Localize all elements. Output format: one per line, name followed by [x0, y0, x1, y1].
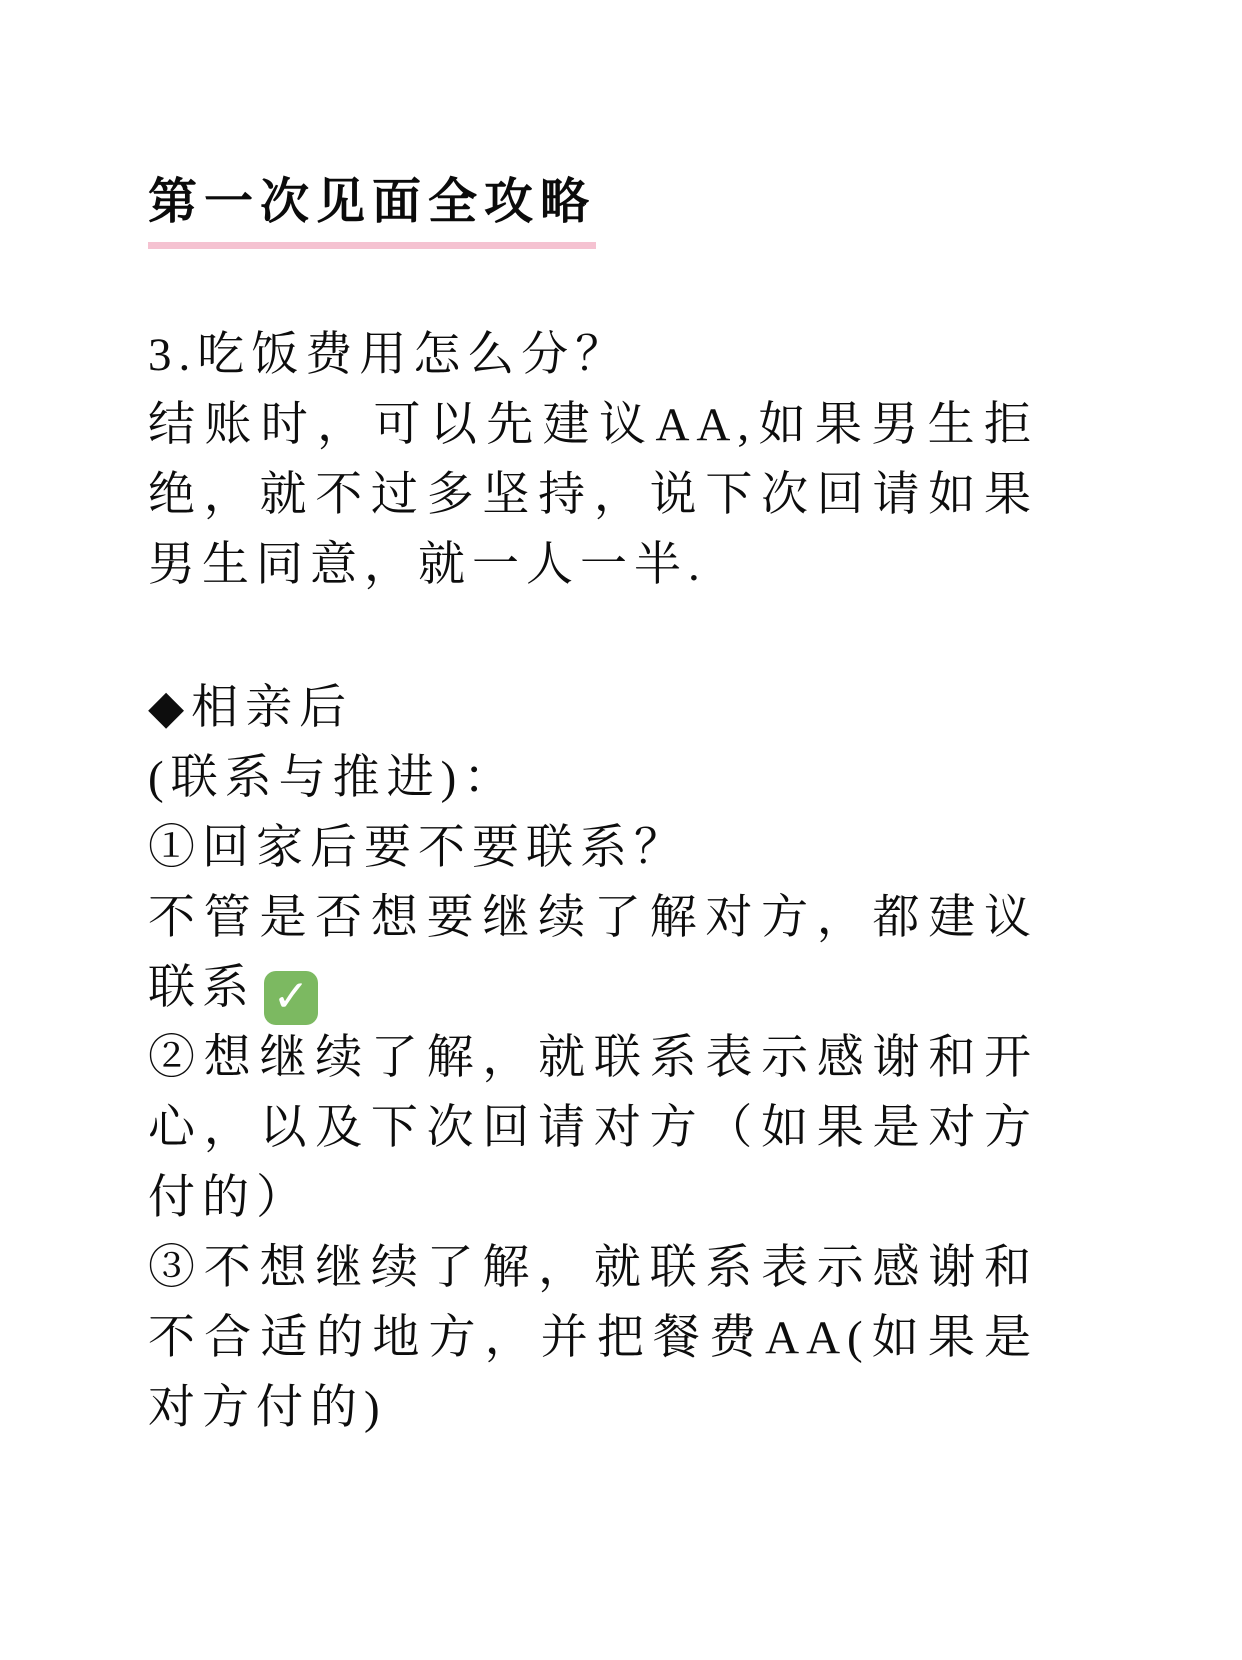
q3-line-3: 对方付的) — [148, 1373, 1038, 1443]
after-section-heading: 相亲后 — [191, 682, 353, 734]
q1-heading: ①回家后要不要联系？ — [148, 813, 1038, 883]
billing-question-heading: 3.吃饭费用怎么分？ — [148, 320, 1038, 390]
after-section-subheading: (联系与推进)： — [148, 743, 1038, 813]
billing-line-3: 男生同意，就一人一半. — [148, 530, 1038, 600]
diamond-bullet-icon: ◆ — [148, 682, 191, 734]
content-column: 第一次见面全攻略 3.吃饭费用怎么分？ 结账时，可以先建议AA,如果男生拒 绝，… — [148, 130, 1038, 1443]
page: 第一次见面全攻略 3.吃饭费用怎么分？ 结账时，可以先建议AA,如果男生拒 绝，… — [0, 0, 1242, 1660]
q1-line-2-text: 联系 — [148, 962, 256, 1014]
billing-line-2: 绝，就不过多坚持，说下次回请如果 — [148, 460, 1038, 530]
page-title: 第一次见面全攻略 — [148, 163, 596, 249]
q1-line-1: 不管是否想要继续了解对方，都建议 — [148, 883, 1038, 953]
q1-line-2: 联系✓ — [148, 953, 1038, 1023]
q2-line-3: 付的） — [148, 1163, 1038, 1233]
check-mark-icon: ✓ — [264, 971, 318, 1025]
after-section-heading-line: ◆相亲后 — [148, 673, 1038, 743]
q2-line-2: 心，以及下次回请对方（如果是对方 — [148, 1093, 1038, 1163]
q3-line-1: ③不想继续了解，就联系表示感谢和 — [148, 1233, 1038, 1303]
q3-line-2: 不合适的地方，并把餐费AA(如果是 — [148, 1303, 1038, 1373]
billing-line-1: 结账时，可以先建议AA,如果男生拒 — [148, 390, 1038, 460]
q2-line-1: ②想继续了解，就联系表示感谢和开 — [148, 1023, 1038, 1093]
body-text: 3.吃饭费用怎么分？ 结账时，可以先建议AA,如果男生拒 绝，就不过多坚持，说下… — [148, 320, 1038, 1443]
